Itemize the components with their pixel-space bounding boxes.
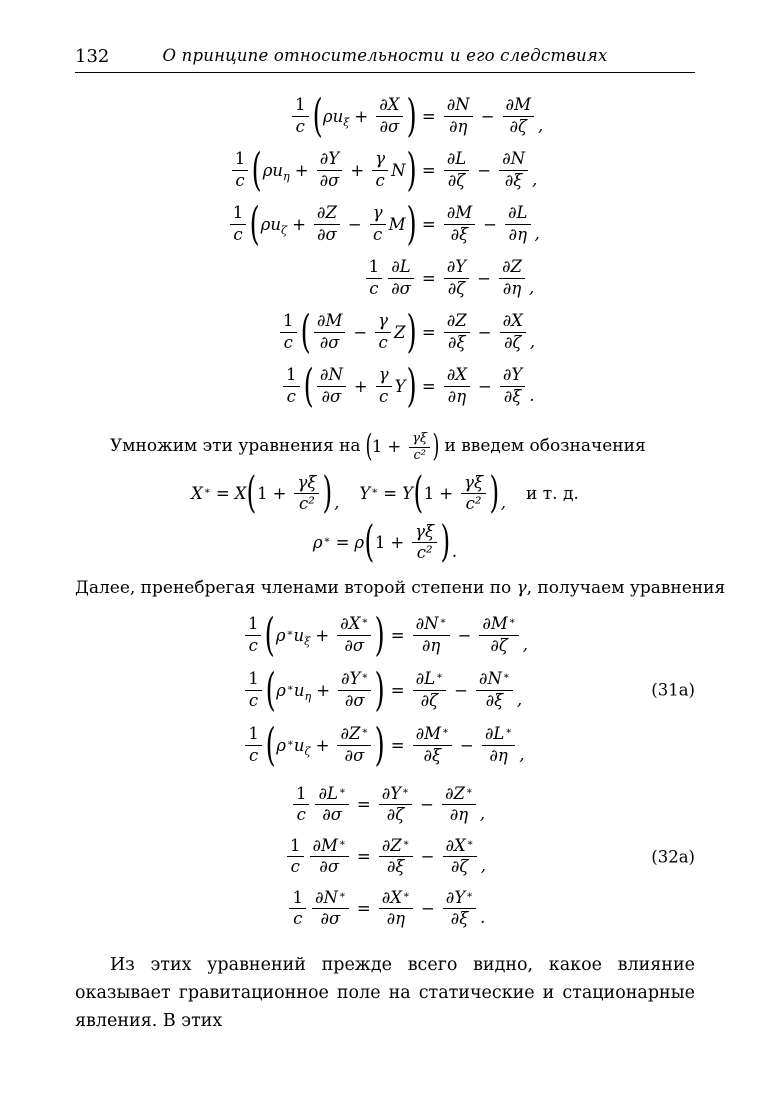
fraction: 1c [280,312,297,352]
superscript-star: ∗ [466,890,473,901]
digit: 1 [295,95,306,114]
operator: − [421,847,435,866]
operator: + [354,107,368,126]
denominator: c [376,387,392,406]
punctuation: , [481,856,486,875]
math-var: X∗ [191,484,211,503]
operator: + [315,626,329,645]
parenthesis: ( [312,94,322,139]
denominator: ∂ζ [503,117,534,136]
denominator: c [366,279,383,298]
math-var: 1 [424,484,435,503]
numerator: ∂N∗ [413,615,450,635]
parenthesis: ) [490,472,500,515]
numerator: ∂L∗ [482,725,515,745]
numerator: ∂N [317,366,346,386]
fraction: ∂N∂η [444,96,473,136]
operator: + [354,377,368,396]
denominator: c² [412,543,437,562]
numerator: ∂Z∗ [442,785,476,805]
math-var: ρ∗uζ [276,736,310,755]
numerator: ∂N [499,150,528,170]
math-var: N [391,161,405,180]
numerator: 1 [245,615,262,635]
digit: 1 [375,533,386,552]
superscript-star: ∗ [403,890,410,901]
operator: − [454,681,468,700]
fraction: 1c [292,96,309,136]
text-run: и введем обозначения [439,434,646,460]
operator: = [422,323,436,342]
numerator: 1 [283,366,300,386]
parenthesis: ) [406,94,416,139]
denominator: ∂ξ [379,857,413,876]
numerator: γ [376,366,392,386]
operator: = [422,377,436,396]
punctuation: , [519,745,524,764]
denominator: c² [409,448,430,463]
numerator: ∂X [500,312,526,332]
parenthesis: ) [375,668,385,713]
parenthesis: ( [414,472,424,515]
parenthesis: ( [265,668,275,713]
numerator: ∂L [388,258,414,278]
equation-lhs: 1c(ρ∗uη+∂Y∗∂σ) [242,663,386,718]
operator: = [422,215,436,234]
punctuation: , [538,116,543,135]
parenthesis: ) [433,432,440,463]
page-content: 132 О принципе относительности и его сле… [0,0,770,1035]
fraction: 1c [283,366,300,406]
denominator: ∂η [442,805,476,824]
numerator: ∂Y [500,366,525,386]
numerator: γ [372,150,388,170]
superscript-star: ∗ [403,838,410,849]
numerator: ∂M [314,312,345,332]
numerator: ∂X∗ [443,837,477,857]
numerator: 1 [287,837,304,857]
fraction: ∂Y∂σ [317,150,343,190]
math-var: 1 [372,435,383,460]
math-var: Z [394,323,405,342]
numerator: 1 [292,96,309,116]
digit: 1 [235,149,246,168]
numerator: ∂M∗ [479,615,518,635]
digit: 1 [369,257,380,276]
denominator: ∂σ [388,279,414,298]
fraction: ∂Z∗∂η [442,785,476,825]
punctuation: , [530,332,535,351]
operator: = [391,681,405,700]
numerator: ∂Y∗ [379,785,412,805]
operator: − [348,215,362,234]
denominator: ∂σ [338,691,371,710]
equation-rhs: =∂X∂η−∂Y∂ξ. [417,359,543,413]
numerator: γξ [409,432,430,448]
fraction: 1c [366,258,383,298]
numerator: ∂L∗ [413,670,446,690]
numerator: ∂N∗ [476,670,513,690]
subscript: ζ [281,224,287,237]
math-var: 1 [257,484,268,503]
fraction: ∂N∂ξ [499,150,528,190]
operator: − [458,626,472,645]
parenthesis: ( [365,432,372,463]
denominator: ∂σ [312,909,349,928]
numerator: ∂L [444,150,470,170]
denominator: ∂σ [314,225,340,244]
fraction: γc [376,366,392,406]
denominator: ∂ξ [500,387,525,406]
operator: + [295,161,309,180]
numerator: ∂L [505,204,531,224]
numerator: ∂N [444,96,473,116]
numerator: ∂X∗ [337,615,371,635]
denominator: ∂ζ [443,857,477,876]
operator: = [391,736,405,755]
fraction: ∂M∗∂σ [310,837,349,877]
page-number: 132 [75,46,109,67]
numerator: ∂Z [444,312,470,332]
parenthesis: ) [441,521,451,564]
fraction: 1c [287,837,304,877]
denominator: ∂η [505,225,531,244]
math-var: ρ∗uη [276,681,311,700]
fraction: ∂M∗∂ζ [479,615,518,655]
fraction: ∂X∗∂ζ [443,837,477,877]
denominator: c [293,805,310,824]
parenthesis: ( [247,472,257,515]
parenthesis: ( [365,521,375,564]
denominator: c [289,909,306,928]
denominator: c [280,333,297,352]
operator: − [477,161,491,180]
fraction: ∂X∂η [444,366,470,406]
subscript: ξ [304,635,310,648]
equation-rhs: =∂M∗∂ξ−∂L∗∂η, [386,718,528,773]
fraction: ∂Z∗∂σ [337,725,371,765]
numerator: ∂M∗ [413,725,452,745]
fraction: ∂Y∗∂ξ [443,889,476,929]
numerator: 1 [230,204,247,224]
parenthesis: ( [265,613,275,658]
fraction: ∂M∗∂ξ [413,725,452,765]
subscript: ξ [343,116,349,129]
parenthesis: ) [406,148,416,193]
digit: 1 [292,888,303,907]
punctuation: , [535,224,540,243]
math-var: ρ∗uξ [276,626,310,645]
denominator: c [230,225,247,244]
running-title: О принципе относительности и его следств… [75,46,695,65]
operator: = [422,269,436,288]
text-run: Умножим эти уравнения на [110,434,366,460]
parenthesis: ) [406,364,416,409]
operator: − [420,795,434,814]
fraction: ∂M∂ξ [444,204,475,244]
punctuation: , [532,170,537,189]
equation-group-32a: 1c∂L∗∂σ=∂Y∗∂ζ−∂Z∗∂η, 1c∂M∗∂σ=∂Z∗∂ξ−∂X∗∂ζ… [75,779,695,935]
numerator: ∂X [444,366,470,386]
equation-rhs: =∂X∗∂η−∂Y∗∂ξ. [352,883,486,935]
equation-grid-32a: 1c∂L∗∂σ=∂Y∗∂ζ−∂Z∗∂η, 1c∂M∗∂σ=∂Z∗∂ξ−∂X∗∂ζ… [75,779,695,935]
definition-row-xy: X∗=X(1+γξc²),Y∗=Y(1+γξc²),и т. д. [75,469,695,518]
math-var: ρ [354,533,364,552]
fraction: γξc² [294,474,319,514]
math-var: Y [402,484,413,503]
punctuation: . [529,386,534,405]
superscript-star: ∗ [361,671,368,682]
numerator: γξ [294,474,319,494]
denominator: ∂ξ [499,171,528,190]
digit: 1 [248,669,259,688]
fraction: ∂Z∂ξ [444,312,470,352]
equation-lhs: 1c(ρ∗uξ+∂X∗∂σ) [242,608,386,663]
superscript-star: ∗ [339,890,346,901]
denominator: ∂ζ [500,333,526,352]
denominator: c [232,171,249,190]
operator: + [387,435,401,460]
denominator: c [375,333,391,352]
numerator: 1 [366,258,383,278]
superscript-star: ∗ [361,616,368,627]
superscript-star: ∗ [361,726,368,737]
superscript-star: ∗ [204,486,211,497]
superscript-star: ∗ [440,616,447,627]
denominator: c [245,691,262,710]
subscript: η [304,690,311,703]
denominator: ∂η [482,746,515,765]
punctuation: , [501,493,506,512]
equation-rhs: =∂Y∂ζ−∂Z∂η, [417,251,543,305]
denominator: ∂η [413,636,450,655]
denominator: ∂σ [337,636,371,655]
denominator: ∂ξ [443,909,476,928]
denominator: ∂σ [310,857,349,876]
equation-rhs: =∂Y∗∂ζ−∂Z∗∂η, [352,779,486,831]
parenthesis: ) [406,310,416,355]
denominator: ∂σ [317,171,343,190]
math-var: ρuζ [261,215,287,234]
fraction: ∂L∂σ [388,258,414,298]
equation-rhs: =∂L∂ζ−∂N∂ξ, [417,143,543,197]
fraction: ∂L∗∂σ [315,785,348,825]
denominator: ∂σ [317,387,346,406]
punctuation: . [480,908,485,927]
denominator: ∂σ [315,805,348,824]
parenthesis: ( [265,723,275,768]
fraction: ∂Z∂σ [314,204,340,244]
numerator: 1 [245,725,262,745]
superscript-star: ∗ [287,738,294,749]
digit: 1 [233,203,244,222]
numerator: ∂Y∗ [443,889,476,909]
fraction: ∂L∂ζ [444,150,470,190]
equation-grid-31a: 1c(ρ∗uξ+∂X∗∂σ)=∂N∗∂η−∂M∗∂ζ, 1c(ρ∗uη+∂Y∗∂… [75,608,695,773]
operator: − [353,323,367,342]
denominator: ∂σ [376,117,402,136]
equation-lhs: 1c(ρ∗uζ+∂Z∗∂σ) [242,718,386,773]
fraction: ∂Y∂ξ [500,366,525,406]
numerator: ∂M∗ [310,837,349,857]
fraction: 1c [293,785,310,825]
definitions-block: X∗=X(1+γξc²),Y∗=Y(1+γξc²),и т. д. ρ∗=ρ(1… [75,469,695,567]
numerator: ∂N∗ [312,889,349,909]
fraction: γc [375,312,391,352]
text-run: Далее, пренебрегая членами второй степен… [75,578,517,598]
fraction: ∂Y∂ζ [444,258,469,298]
operator: − [421,899,435,918]
numerator: ∂M [503,96,534,116]
denominator: ∂σ [337,746,371,765]
numerator: 1 [293,785,310,805]
denominator: ∂η [379,909,413,928]
denominator: c [283,387,300,406]
denominator: ∂σ [314,333,345,352]
numerator: ∂Y∗ [338,670,371,690]
superscript-star: ∗ [436,671,443,682]
operator: − [460,736,474,755]
math-var: γ [517,578,527,597]
operator: − [483,215,497,234]
numerator: ∂Z [499,258,525,278]
equation-rhs: =∂Z∗∂ξ−∂X∗∂ζ, [352,831,486,883]
operator: + [439,484,453,503]
parenthesis: ) [375,723,385,768]
digit: 1 [372,437,383,456]
superscript-star: ∗ [402,786,409,797]
punctuation: , [529,278,534,297]
punctuation: , [523,635,528,654]
numerator: ∂Z∗ [337,725,371,745]
numerator: ∂Y [317,150,343,170]
superscript-star: ∗ [339,786,346,797]
superscript-star: ∗ [287,683,294,694]
math-var: Y [395,377,406,396]
denominator: ∂ζ [479,636,518,655]
superscript-star: ∗ [324,535,331,546]
superscript-star: ∗ [287,628,294,639]
parenthesis: ) [323,472,333,515]
equation-rhs: =∂L∗∂ζ−∂N∗∂ξ, [386,663,528,718]
fraction: 1c [245,615,262,655]
equation-tag-31a: (31a) [651,681,695,700]
denominator: ∂ξ [476,691,513,710]
punctuation: , [480,804,485,823]
operator: = [357,795,371,814]
equation-group-31a: 1c(ρ∗uξ+∂X∗∂σ)=∂N∗∂η−∂M∗∂ζ, 1c(ρ∗uη+∂Y∗∂… [75,608,695,773]
math-var: M [389,215,406,234]
digit: 1 [290,836,301,855]
page-header: 132 О принципе относительности и его сле… [75,46,695,73]
operator: = [336,533,350,552]
superscript-star: ∗ [371,486,378,497]
digit: 1 [283,311,294,330]
fraction: γξc² [409,432,430,462]
numerator: ∂Z∗ [379,837,413,857]
operator: = [216,484,230,503]
equation-lhs: 1c∂M∗∂σ [284,831,352,883]
punctuation: , [517,690,522,709]
numerator: ∂Y [444,258,469,278]
fraction: ∂X∂σ [376,96,402,136]
paragraph-closing: Из этих уравнений прежде всего видно, ка… [75,951,695,1035]
denominator: c [372,171,388,190]
operator: + [316,736,330,755]
denominator: ∂ζ [444,279,469,298]
numerator: 1 [280,312,297,332]
numerator: γξ [412,523,437,543]
digit: 1 [248,724,259,743]
fraction: ∂N∗∂η [413,615,450,655]
subscript: η [283,170,290,183]
equation-lhs: 1c∂L∗∂σ [284,779,352,831]
numerator: γξ [461,474,486,494]
denominator: ∂ζ [413,691,446,710]
numerator: 1 [289,889,306,909]
denominator: ∂ξ [444,333,470,352]
fraction: γc [372,150,388,190]
equation-lhs: 1c(ρuζ+∂Z∂σ−γcM) [227,197,417,251]
equation-lhs: 1c(∂M∂σ−γcZ) [227,305,417,359]
numerator: γ [375,312,391,332]
fraction: 1c [245,725,262,765]
digit: 1 [248,614,259,633]
fraction: 1c [245,670,262,710]
math-var: X [235,484,247,503]
fraction: ∂Z∗∂ξ [379,837,413,877]
operator: − [481,107,495,126]
operator: − [477,269,491,288]
superscript-star: ∗ [467,838,474,849]
fraction: ∂Z∂η [499,258,525,298]
definition-row-rho: ρ∗=ρ(1+γξc²). [75,518,695,567]
parenthesis: ( [252,148,262,193]
superscript-star: ∗ [442,726,449,737]
fraction: γc [370,204,386,244]
denominator: c [245,746,262,765]
digit: 1 [424,484,435,503]
denominator: ∂ξ [444,225,475,244]
operator: − [478,323,492,342]
math-var: ρ∗ [313,533,331,552]
equation-tag-32a: (32a) [651,847,695,866]
paragraph-multiply: Умножим эти уравнения на (1+γξc²) и введ… [75,425,695,469]
paragraph-next: Далее, пренебрегая членами второй степен… [75,575,695,602]
denominator: c [287,857,304,876]
parenthesis: ( [250,202,260,247]
denominator: ∂ζ [379,805,412,824]
equation-lhs: 1c(ρuη+∂Y∂σ+γcN) [227,143,417,197]
fraction: ∂M∂σ [314,312,345,352]
math-var: Y∗ [359,484,378,503]
denominator: ∂ζ [444,171,470,190]
parenthesis: ( [303,364,313,409]
equation-rhs: =∂Z∂ξ−∂X∂ζ, [417,305,543,359]
math-var: 1 [375,533,386,552]
numerator: γ [370,204,386,224]
punctuation: , [334,493,339,512]
equation-lhs: 1c∂N∗∂σ [284,883,352,935]
numerator: ∂X [376,96,402,116]
denominator: c² [461,494,486,513]
fraction: ∂Y∗∂σ [338,670,371,710]
equation-lhs: 1c(ρuξ+∂X∂σ) [227,89,417,143]
fraction: γξc² [461,474,486,514]
operator: + [316,681,330,700]
operator: − [478,377,492,396]
fraction: ∂N∂σ [317,366,346,406]
